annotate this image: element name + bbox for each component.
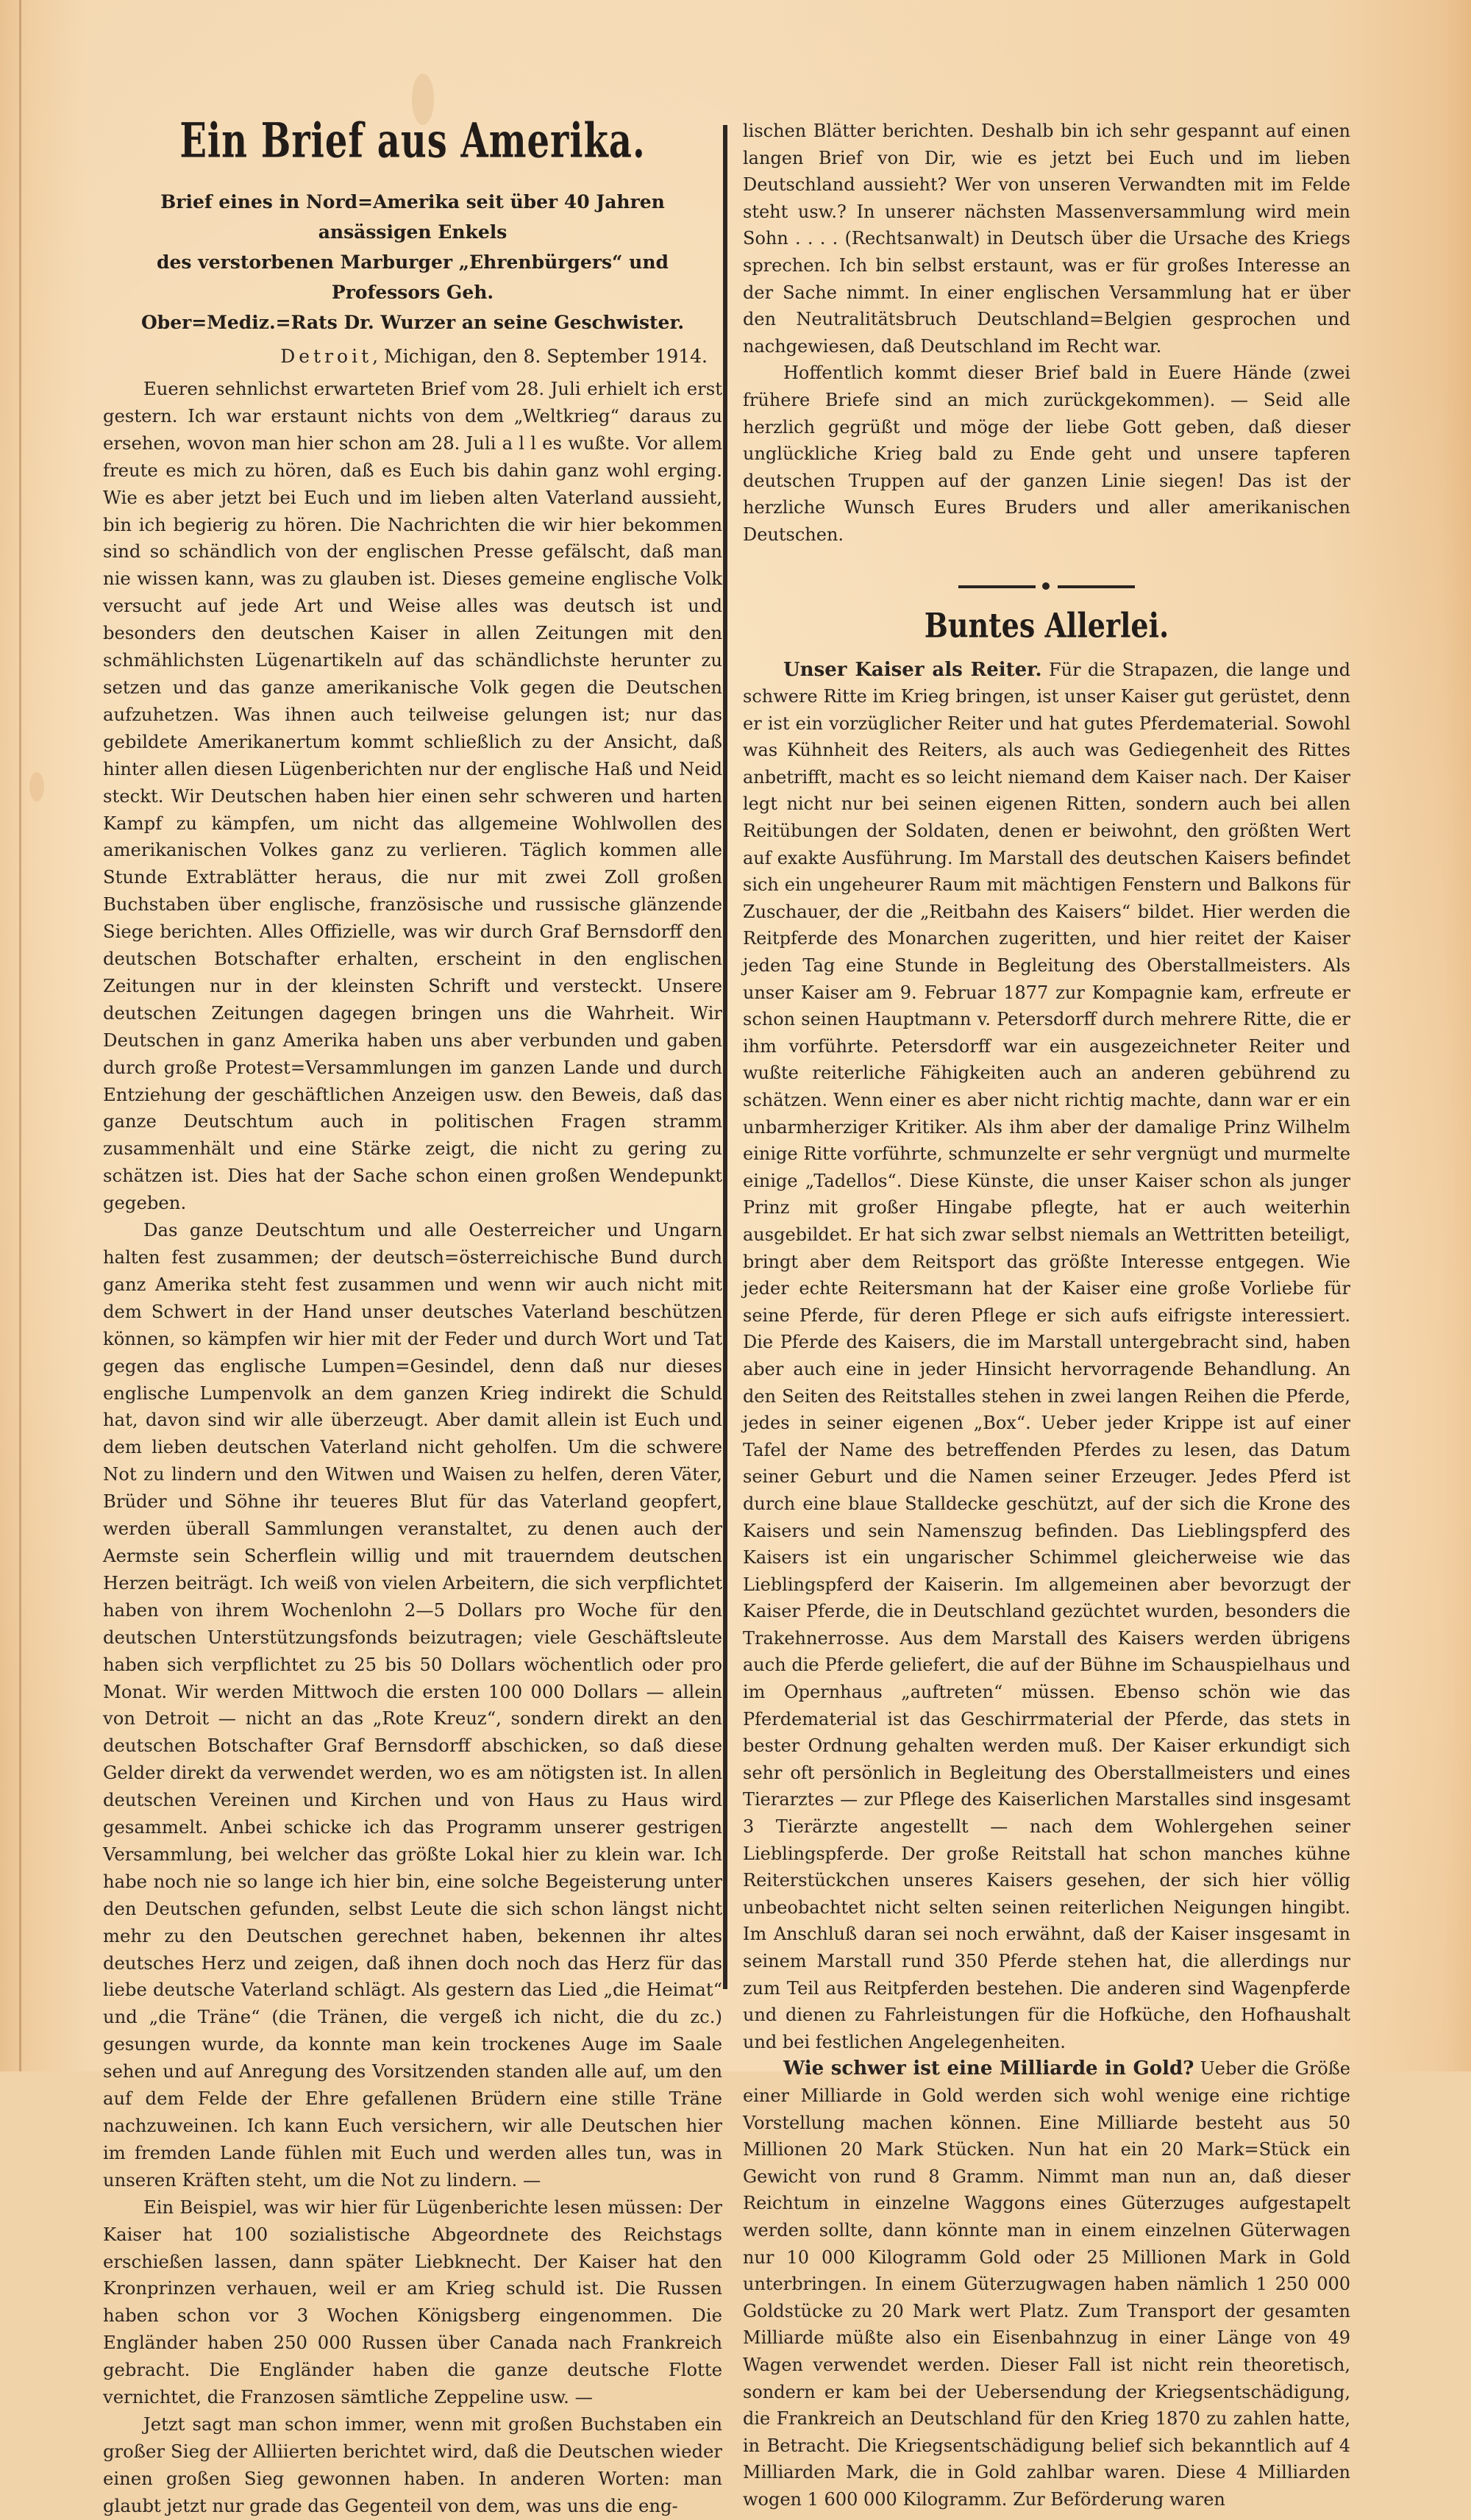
dateline-date: , Michigan, den 8. September 1914. [372,346,708,367]
letter-closing-paragraph: Hoffentlich kommt dieser Brief bald in E… [743,360,1350,548]
news-item-text: Für die Strapazen, die lange und schwere… [743,660,1350,2052]
news-item: Unser Kaiser als Reiter. Für die Strapaz… [743,657,1350,2056]
subhead-line: Ober=Mediz.=Rats Dr. Wurzer an seine Ges… [103,307,722,338]
column-rule [723,125,727,1989]
news-item: Wie schwer ist eine Milliarde in Gold? U… [743,2055,1350,2071]
section-title: Buntes Allerlei. [743,605,1350,645]
ornament-dot-icon [1042,582,1050,590]
article-paragraph: Das ganze Deutschtum und alle Oesterreic… [103,1217,722,2071]
newspaper-page: Ein Brief aus Amerika. Brief eines in No… [0,0,1471,2071]
article-headline: Ein Brief aus Amerika. [103,113,722,169]
article-subhead: Brief eines in Nord=Amerika seit über 40… [103,187,722,338]
dateline: Detroit, Michigan, den 8. September 1914… [103,342,722,371]
section-ornament-divider [958,578,1135,596]
news-item-heading: Wie schwer ist eine Milliarde in Gold? [783,2057,1194,2071]
news-item-heading: Unser Kaiser als Reiter. [783,659,1042,681]
left-column: Ein Brief aus Amerika. Brief eines in No… [103,110,722,2071]
right-column: lischen Blätter berichten. Deshalb bin i… [743,118,1350,2071]
page-fold-edge [19,0,21,2071]
subhead-line: Brief eines in Nord=Amerika seit über 40… [103,187,722,247]
dateline-city: Detroit [280,346,372,367]
subhead-line: des verstorbenen Marburger „Ehrenbürgers… [103,247,722,307]
paper-stain [29,772,44,802]
letter-continuation-paragraph: lischen Blätter berichten. Deshalb bin i… [743,118,1350,360]
article-paragraph: Eueren sehnlichst erwarteten Brief vom 2… [103,376,722,1217]
